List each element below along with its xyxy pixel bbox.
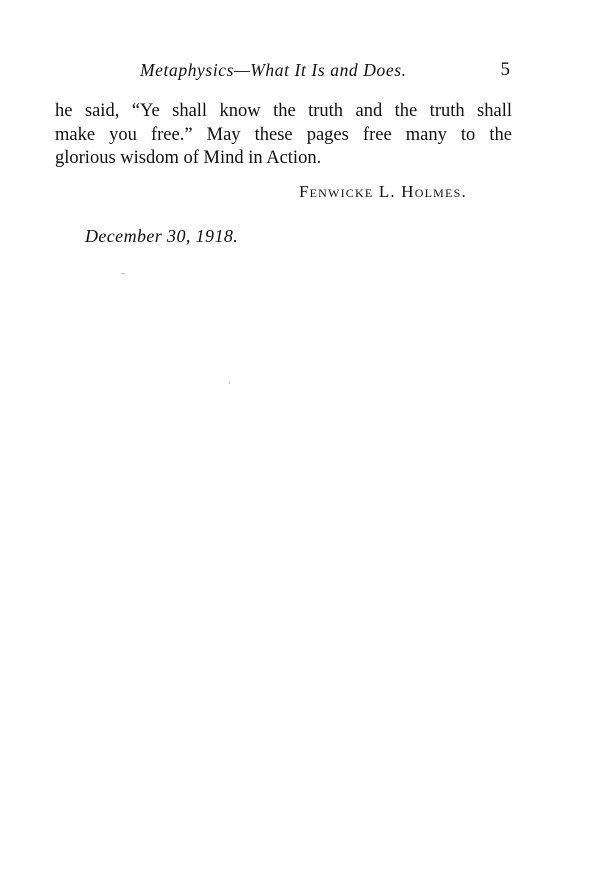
- body-line: he said, “Ye shall know the truth and th…: [55, 100, 512, 124]
- body-line: make you free.” May these pages free man…: [55, 124, 512, 148]
- book-page: Metaphysics—What It Is and Does. 5 he sa…: [0, 0, 600, 874]
- page-number: 5: [501, 59, 511, 81]
- scan-speck: [121, 273, 125, 274]
- running-title: Metaphysics—What It Is and Does.: [140, 60, 407, 81]
- scan-speck: [229, 381, 230, 384]
- body-line: glorious wisdom of Mind in Action.: [55, 147, 512, 171]
- dateline: December 30, 1918.: [85, 226, 238, 247]
- body-paragraph: he said, “Ye shall know the truth and th…: [55, 100, 512, 171]
- running-head: Metaphysics—What It Is and Does. 5: [140, 60, 510, 84]
- author-signature: Fenwicke L. Holmes.: [299, 182, 467, 202]
